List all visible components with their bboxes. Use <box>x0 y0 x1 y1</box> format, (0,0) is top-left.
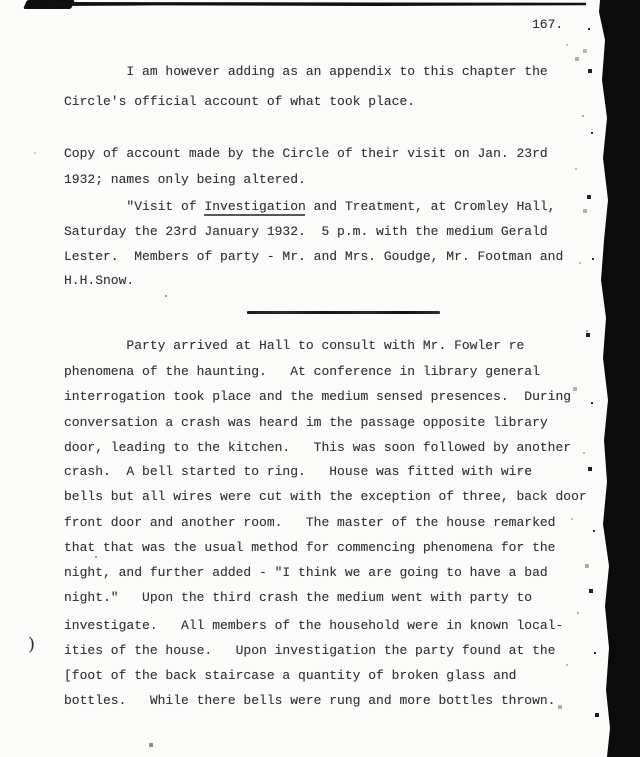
text-line: night." Upon the third crash the medium … <box>64 589 532 607</box>
text-line: Copy of account made by the Circle of th… <box>64 145 548 163</box>
text-line: bells but all wires were cut with the ex… <box>64 488 587 506</box>
text-line: door, leading to the kitchen. This was s… <box>64 439 571 457</box>
page-number: 167. <box>532 17 563 32</box>
text-line: 1932; names only being altered. <box>64 171 306 189</box>
text-line: investigate. All members of the househol… <box>64 617 563 635</box>
text-line: that that was the usual method for comme… <box>64 539 555 557</box>
text-line: Party arrived at Hall to consult with Mr… <box>64 337 524 355</box>
text-line: front door and another room. The master … <box>64 514 555 532</box>
text-line: interrogation took place and the medium … <box>64 388 571 406</box>
text-line: Saturday the 23rd January 1932. 5 p.m. w… <box>64 223 548 241</box>
separator-rule <box>247 311 440 314</box>
text-line: H.H.Snow. <box>64 272 134 290</box>
text-line: "Visit of Investigation and Treatment, a… <box>64 198 555 216</box>
margin-parenthesis-mark: ) <box>28 634 35 655</box>
paper-noise <box>0 0 2 2</box>
text-line: Lester. Members of party - Mr. and Mrs. … <box>64 248 563 266</box>
text-line: Circle's official account of what took p… <box>64 93 415 111</box>
text-line: bottles. While there bells were rung and… <box>64 692 555 710</box>
text-line: ities of the house. Upon investigation t… <box>64 642 555 660</box>
text-line: phenomena of the haunting. At conference… <box>64 363 540 381</box>
typed-underline-mark <box>204 214 305 216</box>
text-line: night, and further added - "I think we a… <box>64 564 548 582</box>
text-line: crash. A bell started to ring. House was… <box>64 463 532 481</box>
text-line: [foot of the back staircase a quantity o… <box>64 667 516 685</box>
scanned-document-page: 167. ) I am however adding as an appendi… <box>0 0 640 757</box>
text-line: conversation a crash was heard im the pa… <box>64 414 548 432</box>
scan-top-edge-artifact <box>50 2 586 6</box>
scan-right-edge-artifact <box>595 0 640 757</box>
text-line: I am however adding as an appendix to th… <box>64 63 548 81</box>
